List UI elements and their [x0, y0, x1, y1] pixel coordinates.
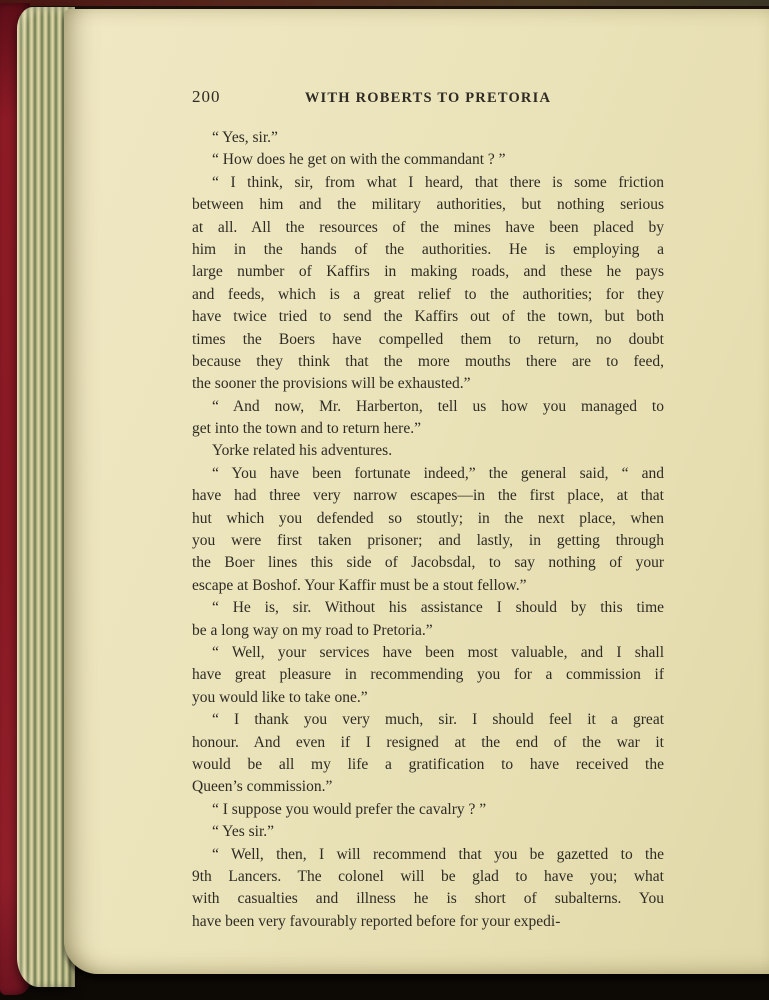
text-line: “ He is, sir. Without his assistance I s… — [192, 597, 664, 619]
text-line: “ Well, your services have been most val… — [192, 642, 664, 664]
paragraph: Yorke related his adventures. — [192, 440, 664, 462]
text-line: “ Yes, sir.” — [192, 127, 664, 149]
text-line: have been very favourably reported befor… — [192, 911, 664, 933]
paragraph: “ I think, sir, from what I heard, that … — [192, 172, 664, 396]
text-line: “ And now, Mr. Harberton, tell us how yo… — [192, 396, 664, 418]
paragraph: “ And now, Mr. Harberton, tell us how yo… — [192, 396, 664, 441]
text-line: Yorke related his adventures. — [192, 440, 664, 462]
text-line: the sooner the provisions will be exhaus… — [192, 373, 664, 395]
text-line: times the Boers have compelled them to r… — [192, 329, 664, 351]
text-line: 9th Lancers. The colonel will be glad to… — [192, 866, 664, 888]
book-page: 200 WITH ROBERTS TO PRETORIA “ Yes, sir.… — [64, 9, 769, 974]
paragraph: “ Yes sir.” — [192, 821, 664, 843]
text-line: be a long way on my road to Pretoria.” — [192, 620, 664, 642]
text-line: “ You have been fortunate indeed,” the g… — [192, 463, 664, 485]
text-line: you would like to take one.” — [192, 687, 664, 709]
text-line: Queen’s commission.” — [192, 776, 664, 798]
text-line: hut which you defended so stoutly; in th… — [192, 508, 664, 530]
text-line: get into the town and to return here.” — [192, 418, 664, 440]
text-line: between him and the military authorities… — [192, 194, 664, 216]
text-line: with casualties and illness he is short … — [192, 888, 664, 910]
text-line: “ I suppose you would prefer the cavalry… — [192, 799, 664, 821]
text-line: “ I think, sir, from what I heard, that … — [192, 172, 664, 194]
text-line: “ Yes sir.” — [192, 821, 664, 843]
text-line: the Boer lines this side of Jacobsdal, t… — [192, 552, 664, 574]
paragraph: “ Well, your services have been most val… — [192, 642, 664, 709]
page-content: 200 WITH ROBERTS TO PRETORIA “ Yes, sir.… — [192, 87, 664, 933]
text-line: have had three very narrow escapes—in th… — [192, 485, 664, 507]
text-line: him in the hands of the authorities. He … — [192, 239, 664, 261]
scanned-book-photo: 200 WITH ROBERTS TO PRETORIA “ Yes, sir.… — [0, 0, 769, 1000]
text-line: “ I thank you very much, sir. I should f… — [192, 709, 664, 731]
text-line: honour. And even if I resigned at the en… — [192, 732, 664, 754]
text-line: have twice tried to send the Kaffirs out… — [192, 306, 664, 328]
paragraph: “ He is, sir. Without his assistance I s… — [192, 597, 664, 642]
text-line: escape at Boshof. Your Kaffir must be a … — [192, 575, 664, 597]
text-line: because they think that the more mouths … — [192, 351, 664, 373]
paragraph: “ Well, then, I will recommend that you … — [192, 844, 664, 934]
page-header: 200 WITH ROBERTS TO PRETORIA — [192, 87, 664, 109]
paragraph: “ How does he get on with the commandant… — [192, 149, 664, 171]
text-line: at all. All the resources of the mines h… — [192, 217, 664, 239]
text-line: have great pleasure in recommending you … — [192, 664, 664, 686]
paragraph: “ Yes, sir.” — [192, 127, 664, 149]
body-text: “ Yes, sir.”“ How does he get on with th… — [192, 127, 664, 933]
paragraph: “ I thank you very much, sir. I should f… — [192, 709, 664, 799]
text-line: would be all my life a gratification to … — [192, 754, 664, 776]
text-line: “ How does he get on with the commandant… — [192, 149, 664, 171]
text-line: “ Well, then, I will recommend that you … — [192, 844, 664, 866]
text-line: and feeds, which is a great relief to th… — [192, 284, 664, 306]
paragraph: “ I suppose you would prefer the cavalry… — [192, 799, 664, 821]
text-line: you were first taken prisoner; and lastl… — [192, 530, 664, 552]
book-top-edge — [0, 0, 769, 6]
running-title: WITH ROBERTS TO PRETORIA — [192, 90, 664, 107]
text-line: large number of Kaffirs in making roads,… — [192, 261, 664, 283]
paragraph: “ You have been fortunate indeed,” the g… — [192, 463, 664, 597]
